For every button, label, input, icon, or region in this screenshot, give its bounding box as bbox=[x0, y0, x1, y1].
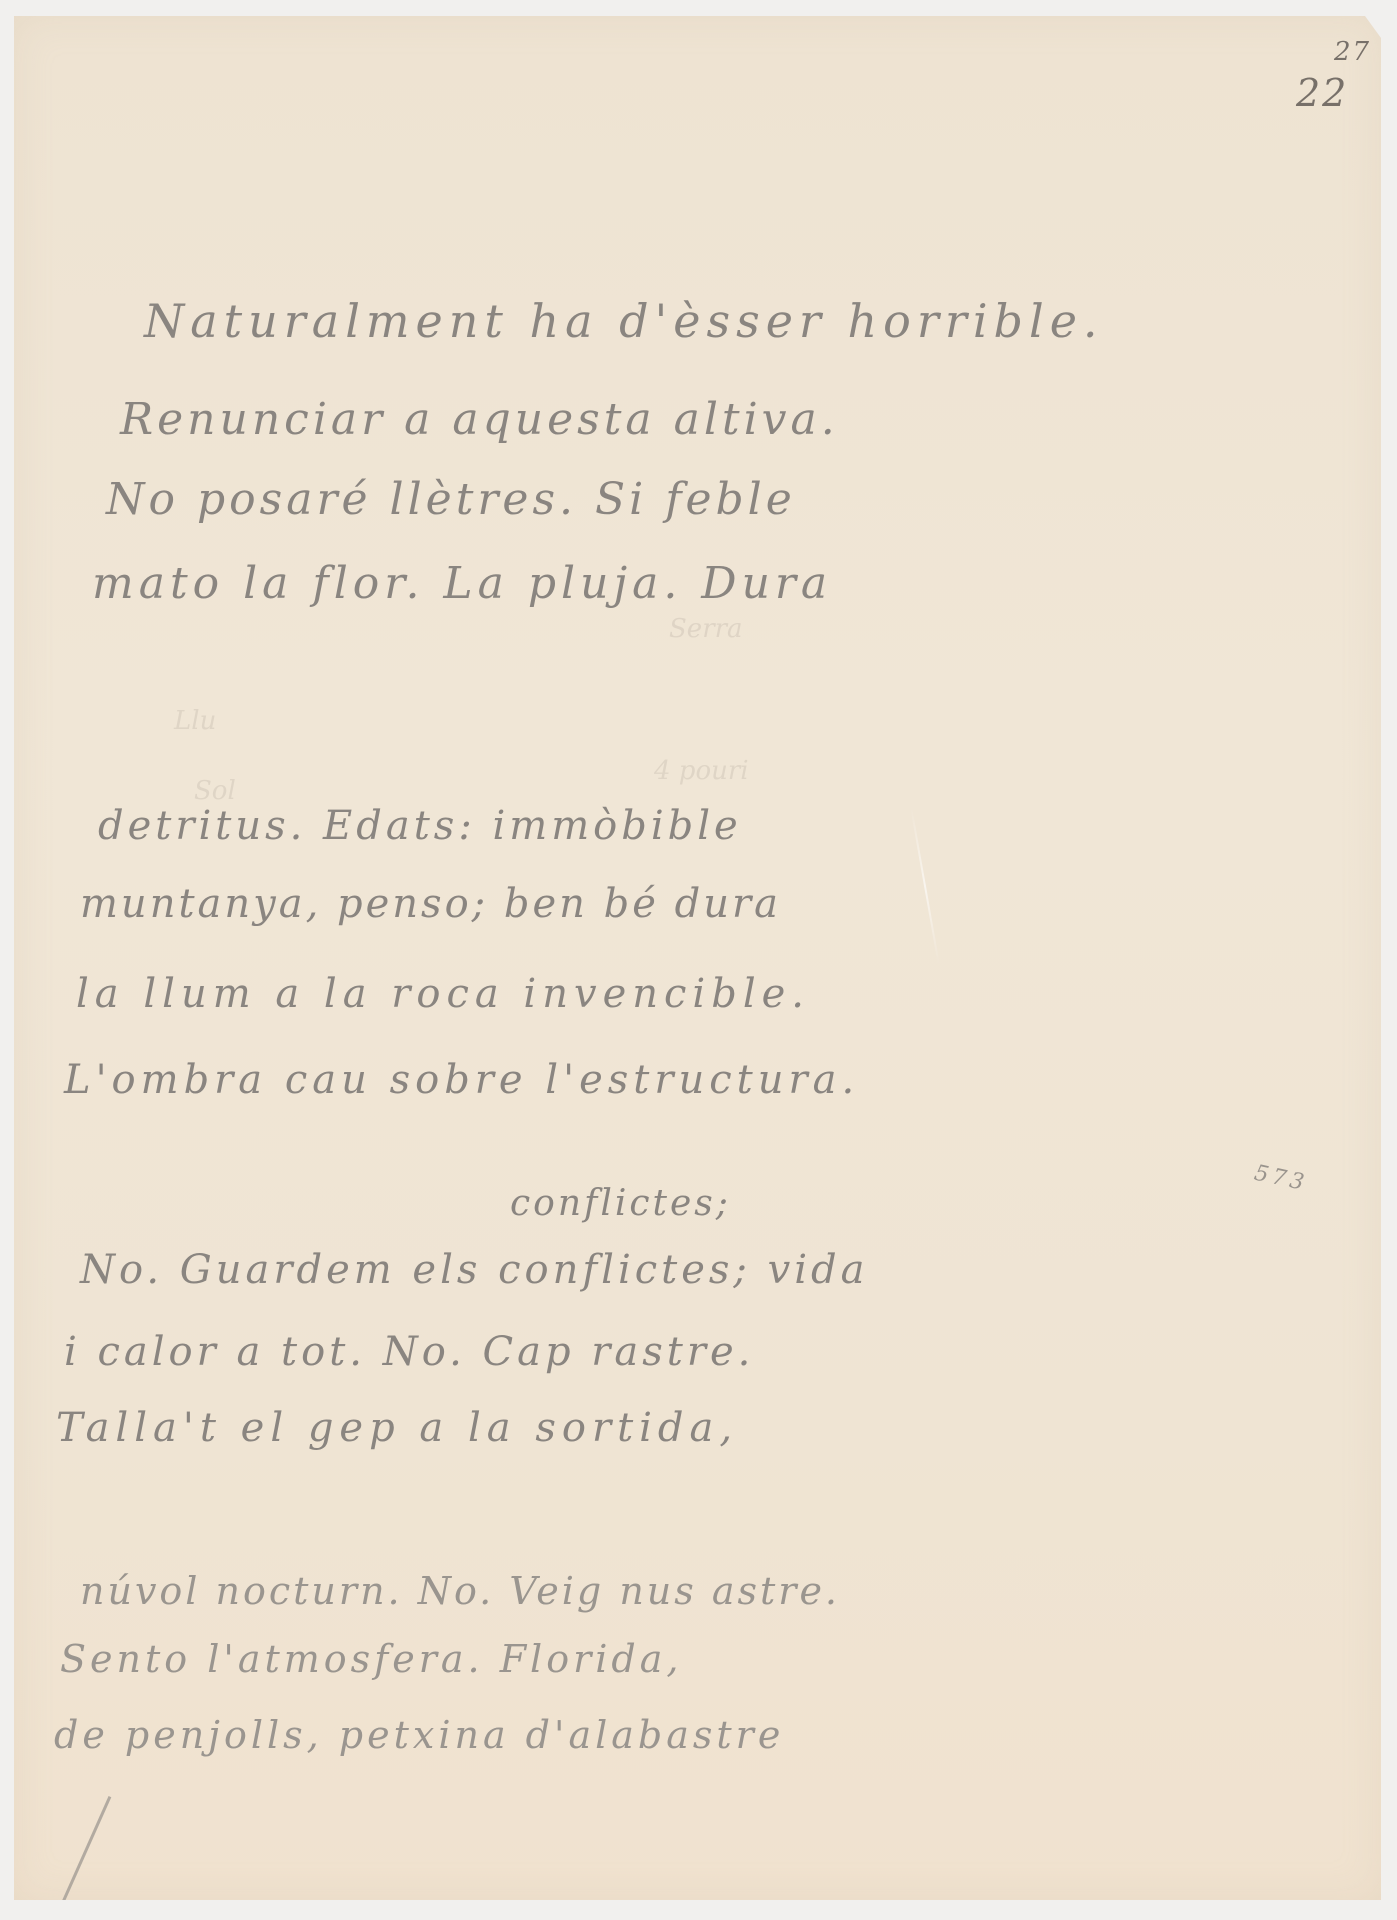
poem-line: No posaré llètres. Si feble bbox=[106, 478, 796, 522]
poem-line: núvol nocturn. No. Veig nus astre. bbox=[80, 1572, 840, 1610]
ghost-mark: Sol bbox=[194, 776, 236, 806]
poem-line: No. Guardem els conflictes; vida bbox=[80, 1250, 868, 1290]
poem-line: detritus. Edats: immòbible bbox=[98, 806, 742, 846]
manuscript-page: 27 22 Serra Llu 4 pouri Sol Naturalment … bbox=[14, 16, 1381, 1900]
poem-line: L'ombra cau sobre l'estructura. bbox=[64, 1060, 859, 1100]
ghost-mark: Serra bbox=[669, 614, 743, 644]
margin-note: 573 bbox=[1252, 1161, 1310, 1197]
poem-line: Renunciar a aquesta altiva. bbox=[120, 398, 839, 442]
ghost-mark: Llu bbox=[174, 706, 216, 736]
ghost-mark: 4 pouri bbox=[654, 756, 749, 786]
folio-number-lower: 22 bbox=[1296, 71, 1348, 115]
poem-line: Sento l'atmosfera. Florida, bbox=[60, 1640, 682, 1678]
folio-number-upper: 27 bbox=[1334, 37, 1371, 67]
poem-line: i calor a tot. No. Cap rastre. bbox=[64, 1332, 754, 1372]
paper-crease bbox=[910, 807, 940, 965]
interlinear-correction: conflictes; bbox=[510, 1186, 731, 1222]
strike-through-mark bbox=[56, 1796, 112, 1916]
poem-line: Naturalment ha d'èsser horrible. bbox=[144, 298, 1104, 344]
poem-line: mato la flor. La pluja. Dura bbox=[92, 562, 832, 606]
poem-line: muntanya, penso; ben bé dura bbox=[80, 884, 781, 924]
poem-line: la llum a la roca invencible. bbox=[76, 974, 810, 1014]
poem-line: de penjolls, petxina d'alabastre bbox=[54, 1716, 784, 1754]
poem-line: Talla't el gep a la sortida, bbox=[56, 1408, 738, 1448]
